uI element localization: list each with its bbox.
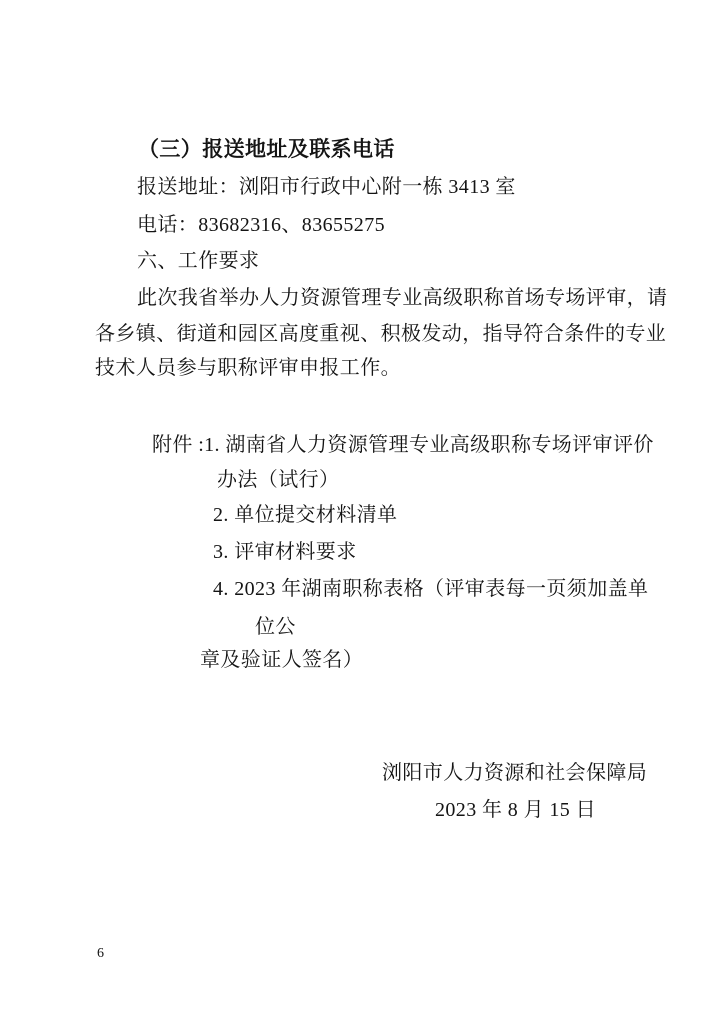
attachment-line: 2. 单位提交材料清单	[213, 503, 397, 527]
page-number: 6	[97, 946, 104, 963]
attachment-line: 位公	[255, 615, 296, 639]
attachment-line: 3. 评审材料要求	[213, 540, 357, 564]
attachment-line: 4. 2023 年湖南职称表格（评审表每一页须加盖单	[213, 577, 648, 601]
work-requirements-heading: 六、工作要求	[137, 249, 259, 273]
issuer-name: 浏阳市人力资源和社会保障局	[382, 761, 647, 785]
paragraph-line: 各乡镇、街道和园区高度重视、积极发动，指导符合条件的专业	[95, 322, 666, 346]
paragraph-line: 此次我省举办人力资源管理专业高级职称首场专场评审，请	[137, 286, 667, 310]
section-heading: （三）报送地址及联系电话	[138, 137, 395, 162]
address-line: 报送地址：浏阳市行政中心附一栋 3413 室	[137, 175, 516, 199]
issue-date: 2023 年 8 月 15 日	[435, 798, 596, 822]
attachment-line: 章及验证人签名）	[200, 648, 363, 672]
attachment-line: 附件 :1. 湖南省人力资源管理专业高级职称专场评审评价	[152, 433, 654, 457]
paragraph-line: 技术人员参与职称评审申报工作。	[95, 356, 401, 380]
document-page: （三）报送地址及联系电话 报送地址：浏阳市行政中心附一栋 3413 室 电话：8…	[0, 0, 724, 1024]
phone-line: 电话：83682316、83655275	[137, 213, 385, 237]
attachment-line: 办法（试行）	[217, 468, 339, 492]
